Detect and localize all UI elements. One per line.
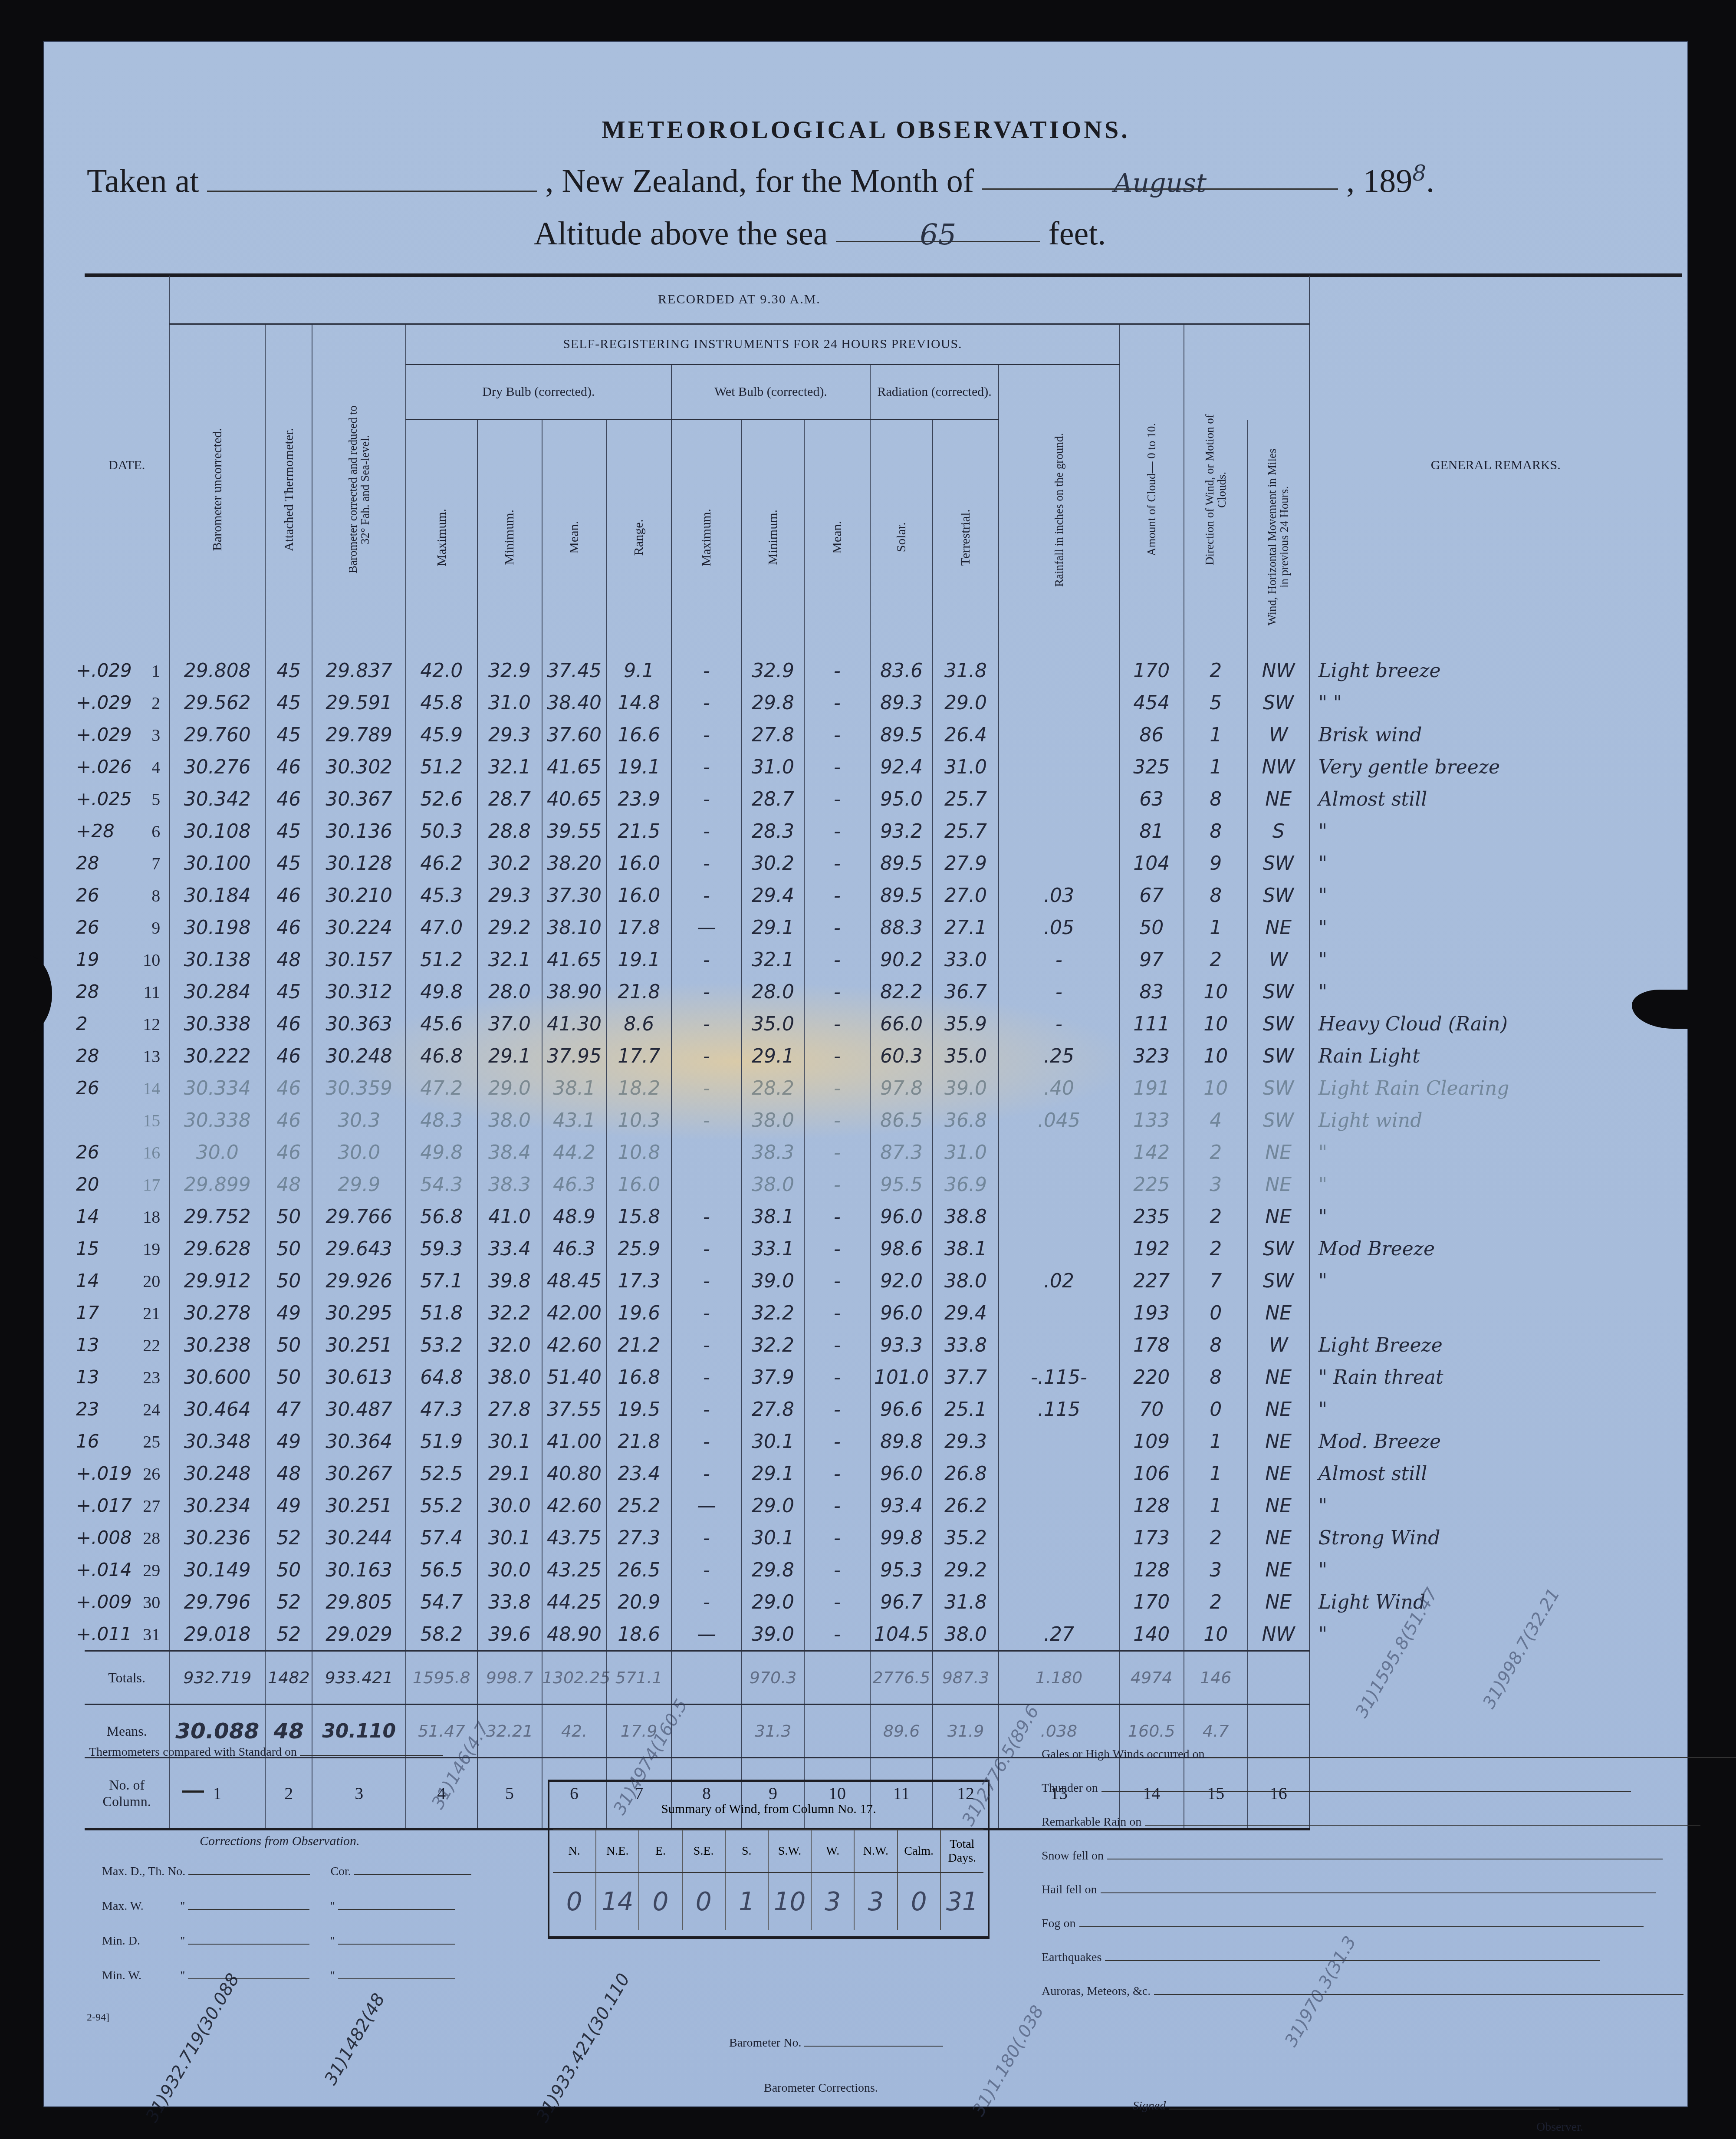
terrestrial-radiation-cell: 36.8 [933, 1104, 999, 1136]
barometer-uncorrected-cell: 29.899 [169, 1168, 265, 1201]
wet-max-cell: - [671, 1458, 742, 1490]
general-remark-cell: Very gentle breeze [1309, 751, 1682, 783]
min-d-cor-field[interactable] [338, 1932, 455, 1945]
dry-range-header: Range. [632, 519, 646, 556]
barometer-corrected-cell: 30.244 [312, 1522, 406, 1554]
solar-radiation-cell: 96.6 [870, 1393, 933, 1425]
table-row: +.025530.3424630.36752.628.740.6523.9-28… [85, 783, 1682, 815]
wet-max-cell: - [671, 655, 742, 687]
dry-mean-cell: 48.9 [542, 1201, 607, 1233]
wet-min-cell: 28.0 [742, 976, 804, 1008]
barometer-corrected-cell: 30.210 [312, 879, 406, 912]
wet-mean-cell: - [804, 655, 870, 687]
table-row: 26930.1984630.22447.029.238.1017.8—29.1-… [85, 912, 1682, 944]
min-d-row: Min. D." " [102, 1932, 455, 1948]
day-number: 12 [143, 1014, 160, 1034]
wind-summary-value: 14 [596, 1872, 639, 1930]
dry-mean-cell: 38.40 [542, 687, 607, 719]
wind-direction-cell: W [1248, 719, 1309, 751]
table-row: +.026430.2764630.30251.232.141.6519.1-31… [85, 751, 1682, 783]
day-number: 15 [143, 1111, 160, 1130]
wet-min-cell: 38.3 [742, 1136, 804, 1168]
general-remark-cell: Light wind [1309, 1104, 1682, 1136]
table-row: +.0142930.1495030.16356.530.043.2526.5-2… [85, 1554, 1682, 1586]
barometer-uncorrected-cell: 30.184 [169, 879, 265, 912]
dry-max-cell: 51.8 [406, 1297, 477, 1329]
signed-row: Signed [1133, 2096, 1559, 2113]
day-number: 13 [143, 1046, 160, 1066]
general-remark-cell: Light breeze [1309, 655, 1682, 687]
dry-mean-cell: 48.45 [542, 1265, 607, 1297]
cloud-amount-cell: 10 [1184, 1040, 1248, 1072]
solar-radiation-cell: 93.2 [870, 815, 933, 847]
wet-max-cell: — [671, 912, 742, 944]
bar-correction: 26 [76, 917, 99, 938]
wind-movement-cell: 235 [1119, 1201, 1184, 1233]
date-cell: 2017 [85, 1168, 169, 1201]
observation-rows: +.029129.8084529.83742.032.937.459.1-32.… [85, 655, 1682, 1651]
solar-radiation-cell: 96.0 [870, 1201, 933, 1233]
max-d-field[interactable] [188, 1862, 310, 1875]
min-w-field[interactable] [188, 1966, 309, 1979]
terrestrial-radiation-cell: 35.2 [933, 1522, 999, 1554]
wet-min-cell: 29.4 [742, 879, 804, 912]
terrestrial-radiation-cell: 33.8 [933, 1329, 999, 1361]
table-row: +.0172730.2344930.25155.230.042.6025.2—2… [85, 1490, 1682, 1522]
table-row: +.0082830.2365230.24457.430.143.7527.3-3… [85, 1522, 1682, 1554]
dry-mean-header: Mean. [567, 521, 581, 554]
snow-row: Snow fell on [1042, 1846, 1663, 1863]
attached-thermometer-cell: 46 [265, 751, 312, 783]
terrestrial-radiation-cell: 37.7 [933, 1361, 999, 1393]
hail-field[interactable] [1101, 1880, 1656, 1893]
date-cell: +.0293 [85, 719, 169, 751]
day-number: 31 [143, 1625, 160, 1644]
wind-direction-cell: NE [1248, 1425, 1309, 1458]
wet-max-cell: - [671, 1297, 742, 1329]
dry-max-cell: 51.2 [406, 944, 477, 976]
solar-radiation-cell: 104.5 [870, 1618, 933, 1651]
general-remark-cell: Mod. Breeze [1309, 1425, 1682, 1458]
day-number: 30 [143, 1593, 160, 1612]
barometer-uncorrected-cell: 30.600 [169, 1361, 265, 1393]
total-col-2: 1482 [265, 1651, 312, 1705]
rainfall-cell: .02 [999, 1265, 1119, 1297]
wind-movement-cell: 192 [1119, 1233, 1184, 1265]
wet-min-cell: 38.0 [742, 1168, 804, 1201]
barometer-corrected-cell: 30.163 [312, 1554, 406, 1586]
wind-summary-header: N.W. [854, 1830, 897, 1872]
bar-correction: 20 [76, 1174, 99, 1195]
bar-correction: +.014 [76, 1559, 132, 1580]
wind-direction-cell: SW [1248, 976, 1309, 1008]
wind-movement-cell: 70 [1119, 1393, 1184, 1425]
dry-max-cell: 47.3 [406, 1393, 477, 1425]
date-cell: 2614 [85, 1072, 169, 1104]
total-col-9: 970.3 [742, 1651, 804, 1705]
date-cell: 1910 [85, 944, 169, 976]
wet-max-cell: - [671, 719, 742, 751]
table-row: 261630.04630.049.838.444.210.838.3-87.33… [85, 1136, 1682, 1168]
day-number: 2 [151, 693, 160, 713]
cloud-amount-cell: 2 [1184, 655, 1248, 687]
attached-thermometer-cell: 46 [265, 1008, 312, 1040]
wet-max-cell: - [671, 1522, 742, 1554]
rainfall-cell [999, 1425, 1119, 1458]
wet-min-cell: 30.2 [742, 847, 804, 879]
wind-summary-value: 0 [682, 1872, 725, 1930]
wet-max-cell: - [671, 687, 742, 719]
cloud-amount-header: Amount of Cloud— 0 to 10. [1145, 398, 1157, 581]
dry-range-cell: 25.2 [607, 1490, 671, 1522]
wind-movement-cell: 225 [1119, 1168, 1184, 1201]
table-row: 26830.1844630.21045.329.337.3016.0-29.4-… [85, 879, 1682, 912]
dry-max-cell: 45.6 [406, 1008, 477, 1040]
bar-correction: 14 [76, 1206, 99, 1227]
wet-min-cell: 29.8 [742, 687, 804, 719]
max-d-row: Max. D., Th. No. Cor. [102, 1862, 471, 1879]
max-w-row: Max. W." " [102, 1897, 455, 1913]
wet-mean-cell: - [804, 815, 870, 847]
solar-radiation-cell: 101.0 [870, 1361, 933, 1393]
barometer-uncorrected-cell: 29.562 [169, 687, 265, 719]
total-col-14: 4974 [1119, 1651, 1184, 1705]
bar-correction: 26 [76, 1142, 99, 1163]
thunder-field[interactable] [1101, 1779, 1631, 1792]
wind-summary-value: 3 [811, 1872, 854, 1930]
barometer-uncorrected-cell: 30.149 [169, 1554, 265, 1586]
dry-mean-cell: 44.2 [542, 1136, 607, 1168]
dry-max-cell: 46.2 [406, 847, 477, 879]
wet-max-cell: - [671, 976, 742, 1008]
min-d-field[interactable] [188, 1932, 309, 1945]
solar-radiation-cell: 92.4 [870, 751, 933, 783]
general-remark-cell: Heavy Cloud (Rain) [1309, 1008, 1682, 1040]
wet-max-cell: - [671, 751, 742, 783]
max-w-cor-field[interactable] [338, 1897, 455, 1910]
wind-direction-cell: NE [1248, 1490, 1309, 1522]
min-w-cor-field[interactable] [338, 1966, 455, 1979]
solar-radiation-cell: 93.4 [870, 1490, 933, 1522]
barometer-corrected-cell: 30.364 [312, 1425, 406, 1458]
wind-direction-cell: SW [1248, 847, 1309, 879]
total-col-5: 998.7 [477, 1651, 542, 1705]
date-cell: 2813 [85, 1040, 169, 1072]
barometer-uncorrected-cell: 30.338 [169, 1008, 265, 1040]
snow-field[interactable] [1107, 1846, 1663, 1859]
dry-range-cell: 16.0 [607, 879, 671, 912]
bar-correction: 13 [76, 1366, 99, 1388]
wet-mean-cell: - [804, 976, 870, 1008]
barometer-uncorrected-cell: 30.238 [169, 1329, 265, 1361]
barometer-number-field[interactable] [804, 2034, 943, 2047]
dry-min-cell: 30.0 [477, 1554, 542, 1586]
wet-bulb-header: Wet Bulb (corrected). [671, 365, 870, 420]
day-number: 11 [144, 982, 161, 1002]
barometer-uncorrected-cell: 29.628 [169, 1233, 265, 1265]
rainfall-cell [999, 1490, 1119, 1522]
dry-min-cell: 41.0 [477, 1201, 542, 1233]
table-row: 141829.7525029.76656.841.048.915.8-38.1-… [85, 1201, 1682, 1233]
total-col-7: 571.1 [607, 1651, 671, 1705]
wind-direction-cell: NE [1248, 1201, 1309, 1233]
date-cell: 1625 [85, 1425, 169, 1458]
attached-thermometer-cell: 52 [265, 1586, 312, 1618]
day-number: 6 [151, 822, 160, 841]
cloud-amount-cell: 1 [1184, 1425, 1248, 1458]
dry-mean-cell: 38.1 [542, 1072, 607, 1104]
bar-correction: +.009 [76, 1591, 132, 1612]
barometer-corrected-cell: 30.302 [312, 751, 406, 783]
barometer-uncorrected-header: Barometer uncorrected. [210, 428, 224, 551]
recorded-at-header: RECORDED AT 9.30 A.M. [169, 276, 1309, 324]
cloud-amount-cell: 8 [1184, 783, 1248, 815]
bar-correction: +.029 [76, 724, 132, 745]
terrestrial-radiation-cell: 29.0 [933, 687, 999, 719]
cloud-amount-cell: 10 [1184, 976, 1248, 1008]
bar-correction: 16 [76, 1431, 99, 1452]
day-number: 26 [143, 1464, 160, 1484]
attached-thermometer-cell: 46 [265, 912, 312, 944]
radiation-header: Radiation (corrected). [870, 365, 999, 420]
day-number: 1 [151, 661, 160, 681]
total-col-15: 146 [1184, 1651, 1248, 1705]
wind-summary-header: S. [725, 1830, 768, 1872]
cloud-amount-cell: 7 [1184, 1265, 1248, 1297]
general-remark-cell: " [1309, 1136, 1682, 1168]
dry-range-cell: 16.6 [607, 719, 671, 751]
dry-min-cell: 31.0 [477, 687, 542, 719]
dry-max-cell: 56.5 [406, 1554, 477, 1586]
terrestrial-radiation-cell: 38.1 [933, 1233, 999, 1265]
column-number: 5 [477, 1758, 542, 1830]
wet-mean-cell: - [804, 783, 870, 815]
attached-thermometer-cell: 52 [265, 1522, 312, 1554]
table-row: 132330.6005030.61364.838.051.4016.8-37.9… [85, 1361, 1682, 1393]
cloud-amount-cell: 8 [1184, 815, 1248, 847]
solar-radiation-cell: 92.0 [870, 1265, 933, 1297]
barometer-corrected-cell: 30.248 [312, 1040, 406, 1072]
taken-at-label: Taken at [87, 163, 199, 199]
fog-field[interactable] [1079, 1914, 1644, 1927]
dry-max-cell: 45.3 [406, 879, 477, 912]
cloud-amount-cell: 9 [1184, 847, 1248, 879]
rainfall-cell [999, 1168, 1119, 1201]
fog-row: Fog on [1042, 1914, 1644, 1931]
date-cell: +.01727 [85, 1490, 169, 1522]
station-field[interactable] [207, 165, 537, 192]
bar-correction: 28 [76, 1045, 99, 1066]
dry-range-cell: 18.6 [607, 1618, 671, 1651]
column-number: 2 [265, 1758, 312, 1830]
attached-thermometer-cell: 50 [265, 1201, 312, 1233]
solar-radiation-cell: 88.3 [870, 912, 933, 944]
table-row: 232430.4644730.48747.327.837.5519.5-27.8… [85, 1393, 1682, 1425]
dry-range-cell: 23.4 [607, 1458, 671, 1490]
table-row: 132230.2385030.25153.232.042.6021.2-32.2… [85, 1329, 1682, 1361]
day-number: 7 [151, 854, 160, 873]
signature-field[interactable] [1169, 2096, 1559, 2109]
wind-direction-cell: W [1248, 1329, 1309, 1361]
wind-movement-cell: 86 [1119, 719, 1184, 751]
thermometers-compared-field[interactable] [300, 1743, 443, 1756]
min-w-row: Min. W." " [102, 1966, 455, 1983]
cloud-amount-cell: 10 [1184, 1618, 1248, 1651]
date-cell: +.01926 [85, 1458, 169, 1490]
terrestrial-radiation-cell: 31.8 [933, 1586, 999, 1618]
wet-mean-cell: - [804, 1201, 870, 1233]
wind-direction-cell: NE [1248, 1522, 1309, 1554]
barometer-corrected-cell: 29.591 [312, 687, 406, 719]
wind-summary-value: 1 [725, 1872, 768, 1930]
dry-max-cell: 45.9 [406, 719, 477, 751]
rainfall-cell [999, 751, 1119, 783]
barometer-corrected-cell: 29.789 [312, 719, 406, 751]
dry-max-header: Maximum. [435, 509, 449, 566]
wind-summary-header: E. [639, 1830, 682, 1872]
wind-direction-cell: NW [1248, 1618, 1309, 1651]
cloud-amount-cell: 2 [1184, 1201, 1248, 1233]
dry-max-cell: 54.3 [406, 1168, 477, 1201]
terrestrial-radiation-cell: 29.4 [933, 1297, 999, 1329]
wet-mean-cell: - [804, 1361, 870, 1393]
totals-label: Totals. [85, 1651, 169, 1705]
dry-min-cell: 29.3 [477, 879, 542, 912]
cloud-amount-cell: 10 [1184, 1072, 1248, 1104]
barometer-uncorrected-cell: 30.222 [169, 1040, 265, 1072]
wet-mean-cell: - [804, 1522, 870, 1554]
wind-movement-cell: 133 [1119, 1104, 1184, 1136]
general-remark-cell: " Rain threat [1309, 1361, 1682, 1393]
date-cell: 1323 [85, 1361, 169, 1393]
date-cell: +.00828 [85, 1522, 169, 1554]
wind-movement-cell: 128 [1119, 1490, 1184, 1522]
dry-range-cell: 14.8 [607, 687, 671, 719]
observation-sheet: METEOROLOGICAL OBSERVATIONS. Taken at , … [43, 41, 1688, 2107]
rainfall-cell [999, 1136, 1119, 1168]
wind-movement-cell: 67 [1119, 879, 1184, 912]
terrestrial-header: Terrestrial. [959, 509, 973, 566]
date-cell: 269 [85, 912, 169, 944]
dry-max-cell: 52.5 [406, 1458, 477, 1490]
cloud-amount-cell: 4 [1184, 1104, 1248, 1136]
wind-movement-cell: 140 [1119, 1618, 1184, 1651]
dry-range-cell: 16.0 [607, 847, 671, 879]
wind-movement-cell: 227 [1119, 1265, 1184, 1297]
bar-correction: 28 [76, 981, 99, 1002]
table-row: 201729.8994829.954.338.346.316.038.0-95.… [85, 1168, 1682, 1201]
wind-summary-header: Total Days. [940, 1830, 983, 1872]
wind-direction-cell: NE [1248, 1393, 1309, 1425]
self-registering-header: SELF-REGISTERING INSTRUMENTS FOR 24 HOUR… [406, 324, 1119, 365]
wet-max-cell: - [671, 1329, 742, 1361]
terrestrial-radiation-cell: 26.8 [933, 1458, 999, 1490]
wind-direction-cell: NE [1248, 1297, 1309, 1329]
barometer-uncorrected-cell: 30.198 [169, 912, 265, 944]
wet-max-cell: - [671, 815, 742, 847]
rainfall-cell: .05 [999, 912, 1119, 944]
wet-mean-cell: - [804, 1393, 870, 1425]
month-field[interactable]: August [982, 162, 1338, 190]
dry-range-cell: 20.9 [607, 1586, 671, 1618]
dry-range-cell: 9.1 [607, 655, 671, 687]
wind-movement-cell: 63 [1119, 783, 1184, 815]
dry-min-cell: 38.0 [477, 1361, 542, 1393]
table-row: 281130.2844530.31249.828.038.9021.8-28.0… [85, 976, 1682, 1008]
rainfall-cell [999, 687, 1119, 719]
thermometers-compared: Thermometers compared with Standard on [89, 1743, 443, 1759]
barometer-corrected-cell: 30.157 [312, 944, 406, 976]
solar-radiation-cell: 89.5 [870, 719, 933, 751]
wind-direction-cell: NE [1248, 1458, 1309, 1490]
attached-thermometer-cell: 50 [265, 1265, 312, 1297]
rain-field[interactable] [1145, 1813, 1700, 1826]
barometer-number: Barometer No. [729, 2034, 943, 2050]
attached-thermometer-cell: 45 [265, 719, 312, 751]
rainfall-cell: - [999, 944, 1119, 976]
bar-correction: 23 [76, 1399, 99, 1420]
date-cell: +286 [85, 815, 169, 847]
wind-movement-cell: 104 [1119, 847, 1184, 879]
wet-mean-cell: - [804, 719, 870, 751]
totals-row: Totals. 932.719 1482 933.421 1595.8 998.… [85, 1651, 1682, 1705]
barometer-corrected-header: Barometer corrected and reduced to 32° F… [347, 398, 372, 581]
bar-correction: 26 [76, 1077, 99, 1099]
max-w-field[interactable] [188, 1897, 309, 1910]
gales-field[interactable] [1208, 1745, 1736, 1758]
wet-max-cell: - [671, 944, 742, 976]
wind-movement-cell: 170 [1119, 655, 1184, 687]
dry-min-cell: 38.3 [477, 1168, 542, 1201]
auroras-field[interactable] [1154, 1982, 1683, 1995]
wind-movement-cell: 50 [1119, 912, 1184, 944]
barometer-corrected-cell: 30.3 [312, 1104, 406, 1136]
wet-mean-cell: - [804, 1136, 870, 1168]
date-cell: +.0264 [85, 751, 169, 783]
dry-min-cell: 30.0 [477, 1490, 542, 1522]
max-d-cor-field[interactable] [354, 1862, 471, 1875]
table-row: 151929.6285029.64359.333.446.325.9-33.1-… [85, 1233, 1682, 1265]
dry-mean-cell: 41.65 [542, 751, 607, 783]
cloud-amount-cell: 2 [1184, 1586, 1248, 1618]
terrestrial-radiation-cell: 25.7 [933, 815, 999, 847]
table-row: 261430.3344630.35947.229.038.118.2-28.2-… [85, 1072, 1682, 1104]
day-number: 29 [143, 1560, 160, 1580]
page-title: METEOROLOGICAL OBSERVATIONS. [43, 115, 1688, 144]
wet-max-cell: - [671, 1393, 742, 1425]
rainfall-cell [999, 719, 1119, 751]
barometer-corrected-cell: 30.136 [312, 815, 406, 847]
terrestrial-radiation-cell: 26.4 [933, 719, 999, 751]
dry-mean-cell: 40.65 [542, 783, 607, 815]
table-row: +.0093029.7965229.80554.733.844.2520.9-2… [85, 1586, 1682, 1618]
wet-max-cell: - [671, 1265, 742, 1297]
date-cell: 15 [85, 1104, 169, 1136]
barometer-uncorrected-cell: 29.808 [169, 655, 265, 687]
cloud-amount-cell: 2 [1184, 1233, 1248, 1265]
table-row: +.029129.8084529.83742.032.937.459.1-32.… [85, 655, 1682, 687]
dry-min-cell: 28.7 [477, 783, 542, 815]
dry-mean-cell: 39.55 [542, 815, 607, 847]
cloud-amount-cell: 1 [1184, 1490, 1248, 1522]
date-cell: +.0255 [85, 783, 169, 815]
wet-min-cell: 28.2 [742, 1072, 804, 1104]
altitude-field[interactable]: 65 [836, 215, 1040, 242]
wet-min-cell: 32.2 [742, 1329, 804, 1361]
wet-mean-cell: - [804, 1168, 870, 1201]
dry-min-cell: 29.3 [477, 719, 542, 751]
dry-mean-cell: 37.30 [542, 879, 607, 912]
